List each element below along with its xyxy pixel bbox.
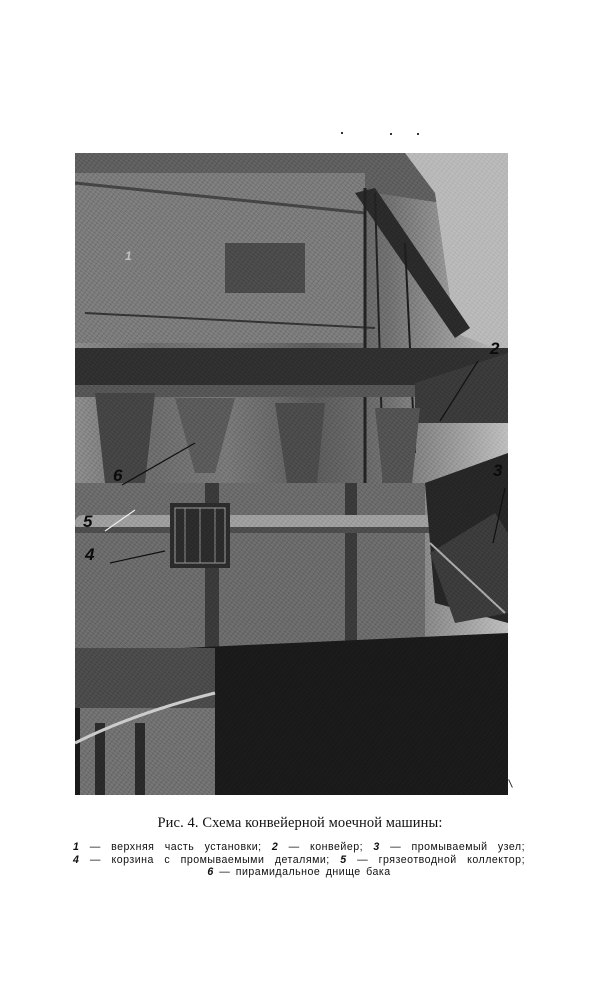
legend-item-2: конвейер; [310,841,363,853]
speck [417,133,419,135]
scan-mark [508,779,513,788]
photo-label-3: 3 [493,461,502,481]
scan-specks [0,131,600,137]
legend-item-5: грязеотводной коллектор; [379,854,525,866]
photo-grain [75,153,508,795]
legend-line-2: 4 — корзина с промываемыми деталями; 5 —… [73,854,525,867]
legend-item-3: промываемый узел; [412,841,526,853]
figure-caption-title: Рис. 4. Схема конвейерной моечной машины… [0,815,600,832]
photo-label-1: 1 [125,249,132,263]
machine-photograph: 1 2 3 4 5 6 [75,153,508,795]
photo-label-5: 5 [83,512,92,532]
photo-label-4: 4 [85,545,94,565]
speck [341,132,343,134]
photo-label-6: 6 [113,466,122,486]
figure-legend: 1 — верхняя часть установки; 2 — конвейе… [73,841,525,879]
legend-item-4: корзина с промываемыми деталями; [111,854,329,866]
figure-number: Рис. 4. [158,815,199,831]
legend-item-1: верхняя часть установки; [111,841,261,853]
photo-label-2: 2 [490,339,499,359]
legend-item-6: пирамидальное днище бака [236,866,391,878]
legend-line-3: 6 — пирамидальное днище бака [73,866,525,879]
speck [390,133,392,135]
legend-line-1: 1 — верхняя часть установки; 2 — конвейе… [73,841,525,854]
figure-title: Схема конвейерной моечной машины: [202,815,442,831]
